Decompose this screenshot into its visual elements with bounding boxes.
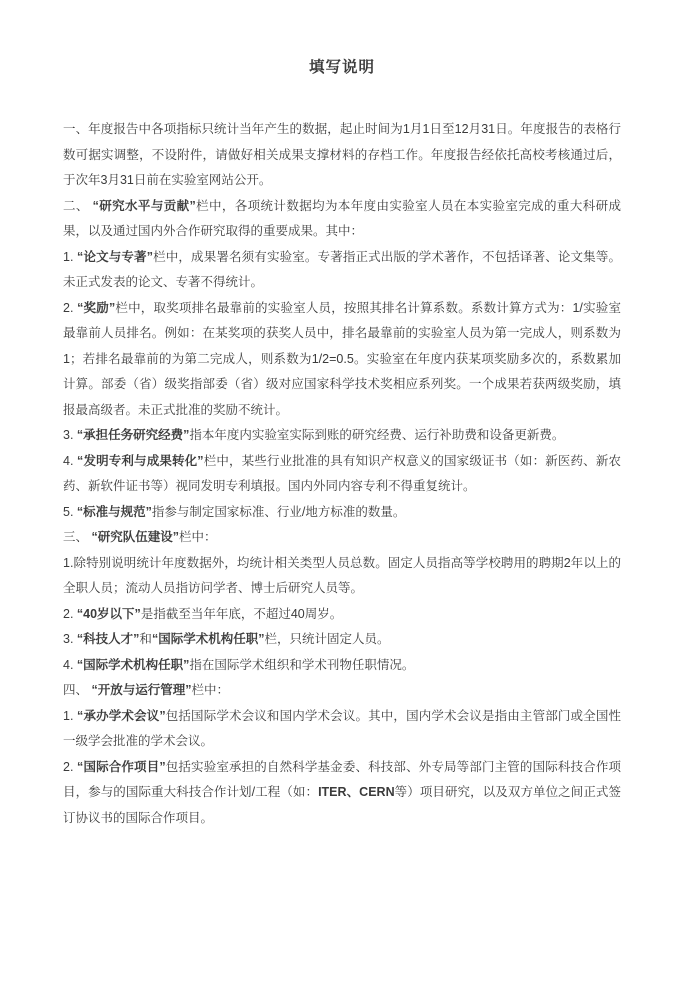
body-text: 2. [63,301,77,315]
section-2-item-4-patents: 4. “发明专利与成果转化”栏中，某些行业批准的具有知识产权意义的国家级证书（如… [63,449,621,500]
section-2-item-3-funding: 3. “承担任务研究经费”指本年度内实验室实际到账的研究经费、运行补助费和设备更… [63,423,621,449]
body-text: 4. [63,454,77,468]
document-body: 一、年度报告中各项指标只统计当年产生的数据，起止时间为1月1日至12月31日。年… [63,117,621,831]
body-text: 三、 [63,530,91,544]
section-4-item-1-conferences: 1. “承办学术会议”包括国际学术会议和国内学术会议。其中，国内学术会议是指由主… [63,704,621,755]
emphasized-term: “国际合作项目” [77,760,166,774]
body-text: 是指截至当年年底，不超过40周岁。 [141,607,342,621]
section-3-item-4-intl-positions: 4. “国际学术机构任职”指在国际学术组织和学术刊物任职情况。 [63,653,621,679]
body-text: 2. [63,760,77,774]
body-text: 栏，只统计固定人员。 [264,632,389,646]
body-text: 2. [63,607,77,621]
body-text: 指在国际学术组织和学术刊物任职情况。 [189,658,414,672]
section-2-item-5-standards: 5. “标准与规范”指参与制定国家标准、行业/地方标准的数量。 [63,500,621,526]
body-text: 指本年度内实验室实际到账的研究经费、运行补助费和设备更新费。 [189,428,564,442]
emphasized-term: “奖励” [77,301,115,315]
body-text: 4. [63,658,77,672]
emphasized-term: “40岁以下” [77,607,141,621]
body-text: 和 [139,632,152,646]
body-text: 3. [63,428,77,442]
section-2-item-2-awards: 2. “奖励”栏中，取奖项排名最靠前的实验室人员，按照其排名计算系数。系数计算方… [63,296,621,424]
body-text: 二、 [63,199,93,213]
body-text: 四、 [63,683,91,697]
body-text: 一、年度报告中各项指标只统计当年产生的数据，起止时间为1月1日至12月31日。年… [63,122,621,187]
body-text: 栏中，取奖项排名最靠前的实验室人员，按照其排名计算系数。系数计算方式为：1/实验… [63,301,621,417]
document-title: 填写说明 [63,55,621,81]
section-3-heading: 三、 “研究队伍建设”栏中： [63,525,621,551]
body-text: 3. [63,632,77,646]
emphasized-term: “论文与专著” [77,250,153,264]
emphasized-term: “研究队伍建设” [91,530,179,544]
section-4-item-2-intl-cooperation: 2. “国际合作项目”包括实验室承担的自然科学基金委、科技部、外专局等部门主管的… [63,755,621,832]
document-page: 填写说明 一、年度报告中各项指标只统计当年产生的数据，起止时间为1月1日至12月… [0,0,700,991]
emphasized-term: “发明专利与成果转化” [77,454,204,468]
body-text: 指参与制定国家标准、行业/地方标准的数量。 [152,505,405,519]
emphasized-term: ITER、CERN [318,785,395,799]
body-text: 5. [63,505,77,519]
emphasized-term: “承担任务研究经费” [77,428,190,442]
section-4-heading: 四、 “开放与运行管理”栏中： [63,678,621,704]
emphasized-term: “标准与规范” [77,505,152,519]
body-text: 栏中： [179,530,217,544]
body-text: 栏中： [192,683,230,697]
section-2-item-1-papers: 1. “论文与专著”栏中，成果署名须有实验室。专著指正式出版的学术著作，不包括译… [63,245,621,296]
section-3-item-1-personnel: 1.除特别说明统计年度数据外，均统计相关类型人员总数。固定人员指高等学校聘用的聘… [63,551,621,602]
emphasized-term: “开放与运行管理” [91,683,191,697]
body-text: 1. [63,250,77,264]
section-3-item-2-under-40: 2. “40岁以下”是指截至当年年底，不超过40周岁。 [63,602,621,628]
emphasized-term: “科技人才” [77,632,140,646]
body-text: 1. [63,709,77,723]
body-text: 1.除特别说明统计年度数据外，均统计相关类型人员总数。固定人员指高等学校聘用的聘… [63,556,621,596]
emphasized-term: “国际学术机构任职” [152,632,265,646]
section-1-general: 一、年度报告中各项指标只统计当年产生的数据，起止时间为1月1日至12月31日。年… [63,117,621,194]
emphasized-term: “研究水平与贡献” [93,199,196,213]
emphasized-term: “承办学术会议” [77,709,166,723]
section-3-item-3-talents: 3. “科技人才”和“国际学术机构任职”栏，只统计固定人员。 [63,627,621,653]
section-2-heading: 二、 “研究水平与贡献”栏中，各项统计数据均为本年度由实验室人员在本实验室完成的… [63,194,621,245]
emphasized-term: “国际学术机构任职” [77,658,190,672]
